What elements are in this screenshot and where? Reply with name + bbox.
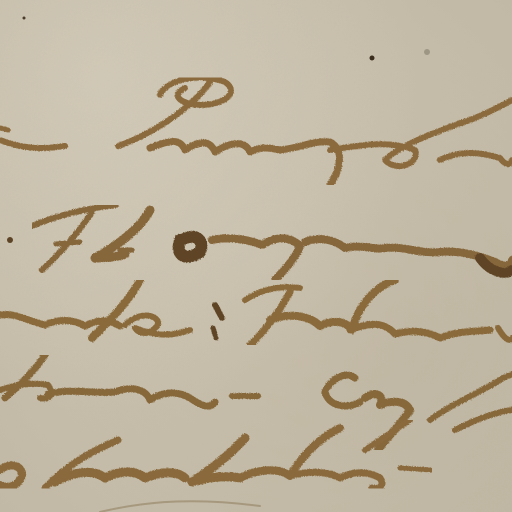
manuscript-photo: a Phunzolu Fl. oryoe ar eundae: Folies d… <box>0 0 512 512</box>
handwriting-ink <box>0 0 512 512</box>
